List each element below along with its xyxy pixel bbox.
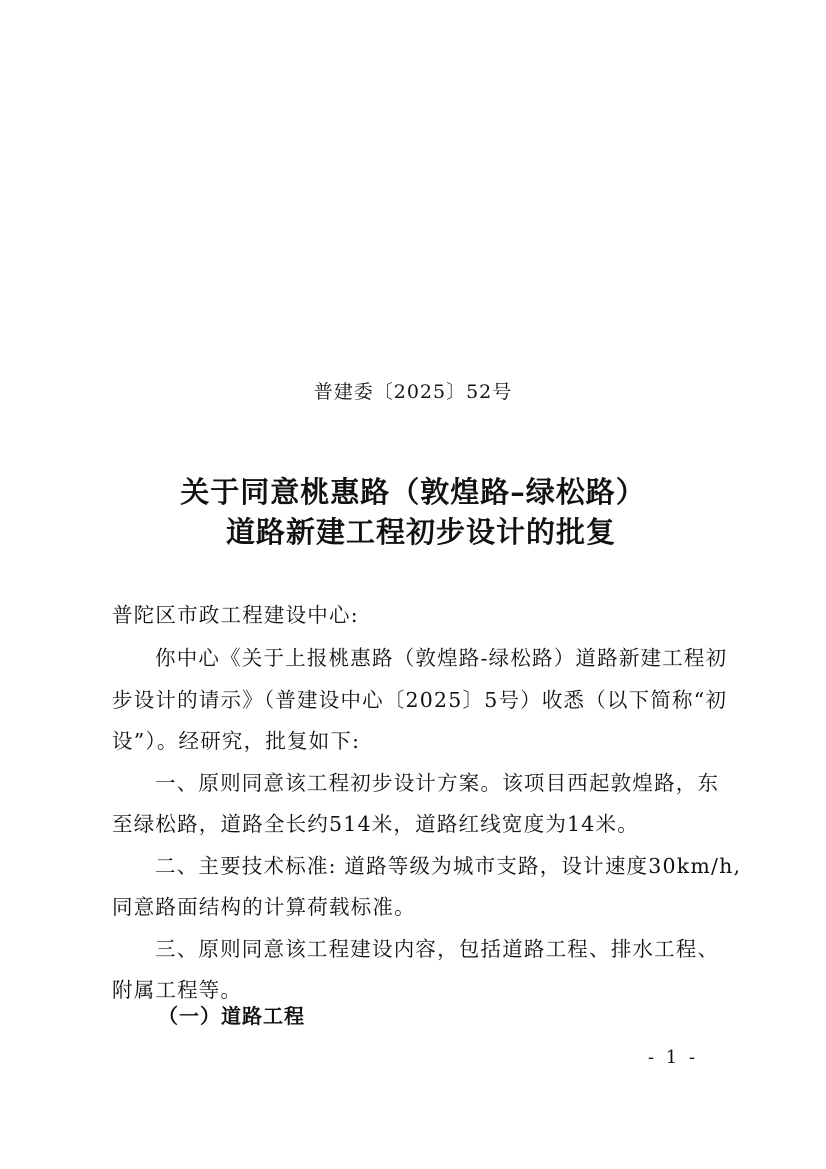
body-line: 二、主要技术标准: 道路等级为城市支路，设计速度30km/h, (155, 849, 741, 879)
body-line: 一、原则同意该工程初步设计方案。该项目西起敦煌路，东 (155, 766, 719, 796)
doc-number: 普建委〔2025〕52号 (0, 377, 826, 404)
page-number: - 1 - (648, 1047, 698, 1068)
section-heading: （一）道路工程 (158, 1000, 305, 1029)
body-line: 至绿松路，道路全长约514米，道路红线宽度为14米。 (112, 807, 639, 837)
body-line: 同意路面结构的计算荷载标准。 (112, 890, 416, 920)
body-line: 三、原则同意该工程建设内容，包括道路工程、排水工程、 (155, 932, 719, 962)
body-line: 你中心《关于上报桃惠路（敦煌路-绿松路）道路新建工程初 (155, 641, 727, 671)
document-title-line-1: 关于同意桃惠路（敦煌路–绿松路） (0, 470, 826, 511)
addressee: 普陀区市政工程建设中心: (112, 598, 359, 628)
document-title-line-2: 道路新建工程初步设计的批复 (8, 510, 826, 551)
body-line: 设”）。经研究，批复如下: (112, 724, 360, 754)
body-line: 步设计的请示》（普建设中心〔2025〕5号）收悉（以下简称“初 (112, 683, 727, 713)
body-line: 附属工程等。 (112, 973, 242, 1003)
